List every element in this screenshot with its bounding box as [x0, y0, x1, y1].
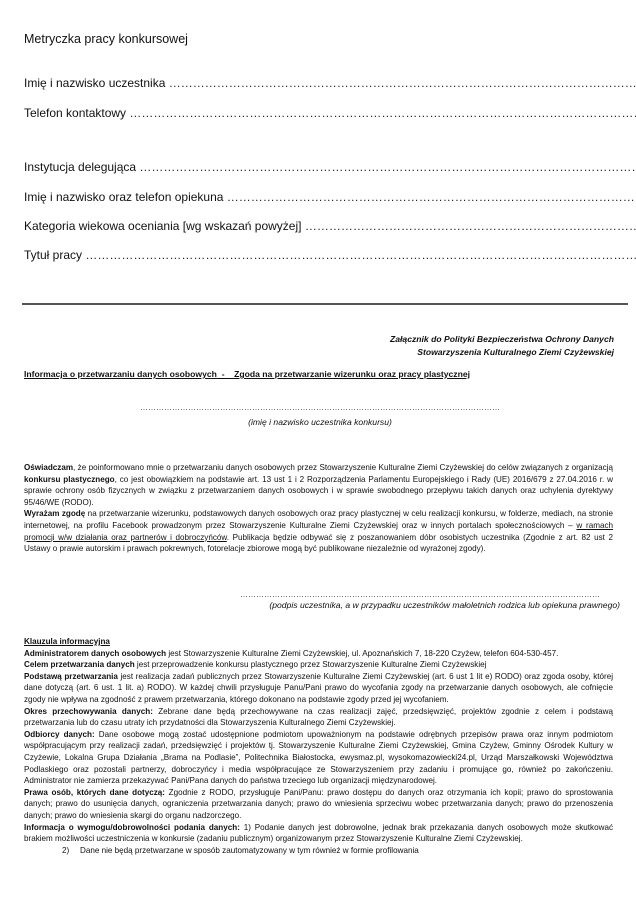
declaration-statement: Oświadczam, że poinformowano mnie o prze… — [24, 462, 613, 508]
field-dots: …………………………………………………………………………………… — [305, 219, 636, 233]
information-clause: Klauzula informacyjna Administratorem da… — [24, 636, 613, 856]
section-divider — [22, 303, 628, 305]
field-guardian[interactable]: Imię i nazwisko oraz telefon opiekuna ……… — [24, 190, 636, 204]
field-label: Tytuł pracy — [24, 248, 82, 262]
clause-item: Podstawą przetwarzania jest realizacja z… — [24, 671, 613, 706]
guardian-signature-line[interactable]: …………………………………………………………………………………………………………… — [240, 590, 612, 599]
field-age-category[interactable]: Kategoria wiekowa oceniania [wg wskazań … — [24, 219, 636, 233]
field-institution[interactable]: Instytucja delegująca ………………………………………………… — [24, 160, 636, 174]
field-label: Telefon kontaktowy — [24, 106, 126, 120]
consent-statement: Wyrażam zgodę na przetwarzanie wizerunku… — [24, 508, 613, 554]
clause-item: Prawa osób, których dane dotyczą: Zgodni… — [24, 787, 613, 822]
field-label: Imię i nazwisko oraz telefon opiekuna — [24, 190, 223, 204]
field-label: Kategoria wiekowa oceniania [wg wskazań … — [24, 219, 301, 233]
field-label: Imię i nazwisko uczestnika — [24, 76, 165, 90]
field-dots: …………………………………………………………………………………………………………… — [139, 160, 636, 174]
form-title: Metryczka pracy konkursowej — [24, 32, 188, 46]
participant-signature-caption: (imię i nazwisko uczestnika konkursu) — [140, 417, 500, 427]
clause-item: Informacja o wymogu/dobrowolności podani… — [24, 822, 613, 845]
participant-signature-line[interactable]: …………………………………………………………………………………………………………… — [140, 403, 500, 412]
clause-item: Administratorem danych osobowych jest St… — [24, 648, 613, 660]
clause-list-item: 2)Dane nie będą przetwarzane w sposób za… — [24, 845, 613, 857]
field-dots: …………………………………………………………………………………………………………… — [85, 248, 636, 262]
field-phone[interactable]: Telefon kontaktowy ………………………………………………………… — [24, 106, 636, 120]
clause-item: Odbiorcy danych: Dane osobowe mogą zosta… — [24, 729, 613, 787]
clause-item: Okres przechowywania danych: Zebrane dan… — [24, 706, 613, 729]
field-dots: …………………………………………………………………………………………………………… — [169, 76, 636, 90]
clause-title: Klauzula informacyjna — [24, 636, 613, 648]
field-dots: …………………………………………………………………………………………………………… — [129, 106, 636, 120]
field-work-title[interactable]: Tytuł pracy …………………………………………………………………………… — [24, 248, 636, 262]
annex-line-2: Stowarzyszenia Kulturalnego Ziemi Czyżew… — [390, 346, 614, 359]
annex-line-1: Załącznik do Polityki Bezpieczeństwa Och… — [390, 333, 614, 346]
info-heading: Informacja o przetwarzaniu danych osobow… — [24, 369, 470, 379]
field-dots: ……………………………………………………………………………………………………… — [227, 190, 636, 204]
annex-note: Załącznik do Polityki Bezpieczeństwa Och… — [390, 333, 614, 359]
guardian-signature-caption: (podpis uczestnika, a w przypadku uczest… — [200, 600, 620, 610]
declaration: Oświadczam, że poinformowano mnie o prze… — [24, 462, 613, 555]
field-label: Instytucja delegująca — [24, 160, 136, 174]
field-participant-name[interactable]: Imię i nazwisko uczestnika …………………………………… — [24, 76, 636, 90]
clause-item: Celem przetwarzania danych jest przeprow… — [24, 659, 613, 671]
